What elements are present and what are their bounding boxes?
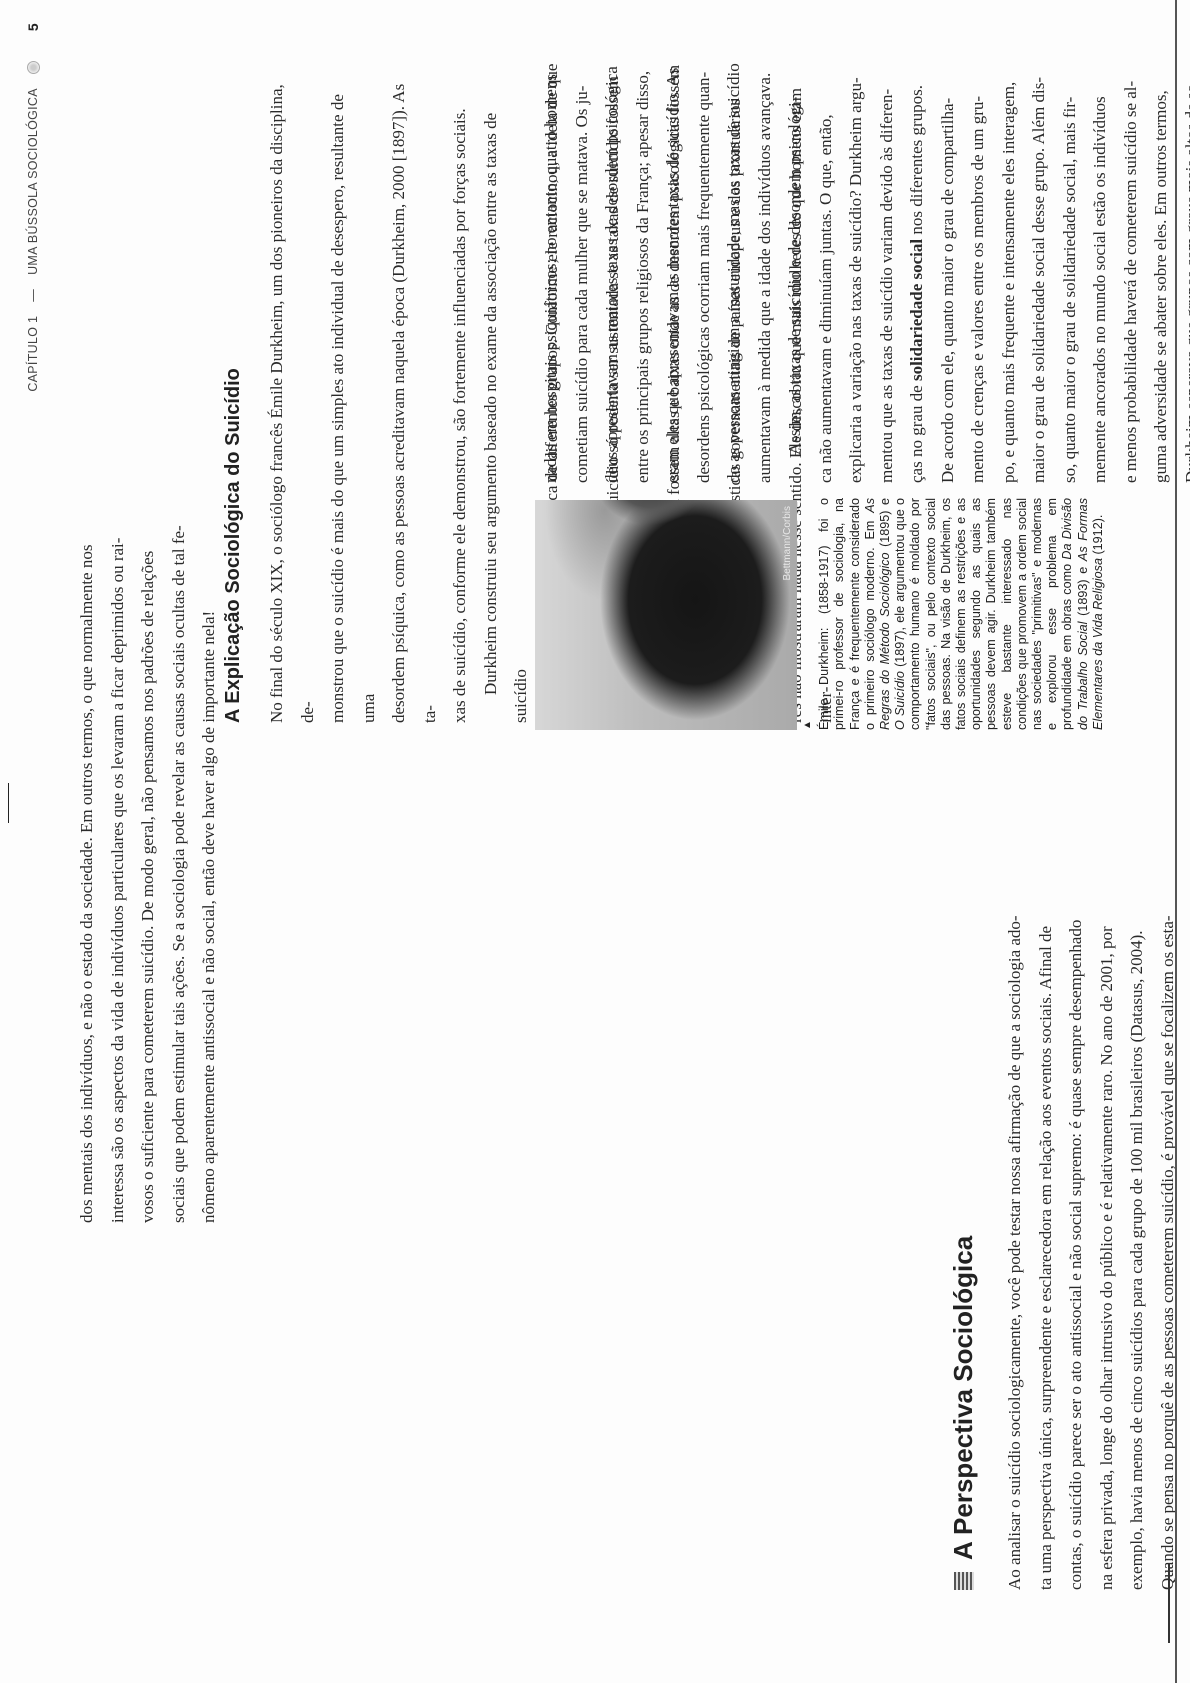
text-line: ca não aumentavam e diminuíam juntas. O … [811,63,842,483]
text-line: desordem psíquica, como as pessoas acred… [384,63,445,723]
text-line: do as pessoas atingiam a maturidade, mas… [719,63,750,483]
text-line: e menos probabilidade haverá de cometere… [1116,63,1147,483]
text-line: so, quanto maior o grau de solidariedade… [1055,63,1086,483]
chapter-title: UMA BÚSSOLA SOCIOLÓGICA [26,88,40,275]
book-page: CAPÍTULO 1 — UMA BÚSSOLA SOCIOLÓGICA 5 d… [0,0,1190,1683]
chapter-label: CAPÍTULO 1 [26,316,40,392]
caption-marker-icon: ▲ [800,498,815,730]
text-line: Durkheim esperava que grupos com graus m… [1177,63,1190,483]
text-line: explicaria a variação nas taxas de suicí… [841,63,872,483]
caption-fragment: (1912). [1091,515,1105,558]
section-heading-perspectiva: A Perspectiva Sociológica [948,1236,979,1590]
text-fragment: ças no grau de [907,381,926,483]
page-edge-rule [1175,0,1177,1683]
text-line: desordens psicológicas ocorriam mais fre… [689,63,720,483]
text-fragment: nos diferentes grupos. [907,85,926,239]
text-line: exemplo, havia menos de cinco suicídios … [1122,760,1153,1590]
text-line: Durkheim construiu seu argumento baseado… [476,63,537,723]
text-line: maior o grau de solidariedade social des… [1024,63,1055,483]
caption-work-title: O Suicídio [893,671,907,730]
text-line: interessa são os aspectos da vida de ind… [103,63,134,1223]
text-line: guma adversidade se abater sobre eles. E… [1146,63,1177,483]
figure-caption: ▲ Émile Durkheim: (1858-1917) foi o prim… [800,498,1106,730]
text-line: ta uma perspectiva única, surpreendente … [1031,760,1062,1590]
text-line: De acordo com ele, quanto maior o grau d… [933,63,964,483]
page-number: 5 [25,23,41,31]
text-line: xas de suicídio, conforme ele demonstrou… [445,63,476,723]
caption-fragment: (1893) e [1076,561,1090,621]
text-line: na esfera privada, longe do olhar intrus… [1092,760,1123,1590]
text-line: mentou que as taxas de suicídio variam d… [872,63,903,483]
text-line: cometiam suicídio para cada mulher que s… [567,63,598,483]
text-line: Ao analisar o suicídio sociologicamente,… [1000,760,1031,1590]
running-header: CAPÍTULO 1 — UMA BÚSSOLA SOCIOLÓGICA 5 [22,23,44,1263]
paragraph-column-narrow: nadas em hospitais psiquiátricos; no ent… [536,63,1190,483]
intro-paragraph: dos mentais dos indivíduos, e não o esta… [72,63,225,1223]
paragraph-perspectiva: Ao analisar o suicídio sociologicamente,… [1000,760,1183,1590]
header-separator: — [26,289,40,302]
text-line: dos mentais dos indivíduos, e não o esta… [72,63,103,1223]
caption-fragment: Émile Durkheim: (1858-1917) foi o primei… [817,498,877,730]
text-line: eram eles que apresentavam as menores ta… [658,63,689,483]
text-line: mento de crenças e valores entre os memb… [963,63,994,483]
caption-text: Émile Durkheim: (1858-1917) foi o primei… [817,498,1105,730]
text-line: entre os principais grupos religiosos da… [628,63,659,483]
text-line: Quando se pensa no porquê de as pessoas … [1153,760,1184,1590]
text-line: memente ancorados no mundo social estão … [1085,63,1116,483]
text-line: Assim, as taxas de suicídio e de desorde… [780,63,811,483]
text-line: nômeno aparentemente antissocial e não s… [194,63,225,1223]
key-term-solidariedade-social: solidariedade social [907,239,926,381]
text-line: monstrou que o suicídio é mais do que um… [323,63,384,723]
text-line: aumentavam à medida que a idade dos indi… [750,63,781,483]
caption-fragment: (1895) e [878,498,892,552]
section-heading-explicacao: A Explicação Sociológica do Suicídio [222,368,245,723]
page-edge-rule-short [1168,1563,1170,1643]
text-line: No final do século XIX, o sociólogo fran… [262,63,323,723]
text-line: sociais que podem estimular tais ações. … [164,63,195,1223]
text-line: vosos o suficiente para cometerem suicíd… [133,63,164,1223]
photo-credit: Bettmann/Corbis [782,506,793,580]
text-line: deus apresentavam as maiores taxas de de… [597,63,628,483]
text-line: nadas em hospitais psiquiátricos; no ent… [536,63,567,483]
section-heading-text: A Perspectiva Sociológica [948,1236,978,1560]
compass-ornament-icon [27,61,40,74]
text-line: ças no grau de solidariedade social nos … [902,63,933,483]
scan-mark [8,783,9,823]
durkheim-photo: Bettmann/Corbis [535,500,797,730]
section-ornament-icon [954,1572,974,1590]
text-line: contas, o suicídio parece ser o ato anti… [1061,760,1092,1590]
caption-fragment: (1897), ele argumentou que o comportamen… [893,498,1074,730]
text-line: po, e quanto mais frequente e intensamen… [994,63,1025,483]
